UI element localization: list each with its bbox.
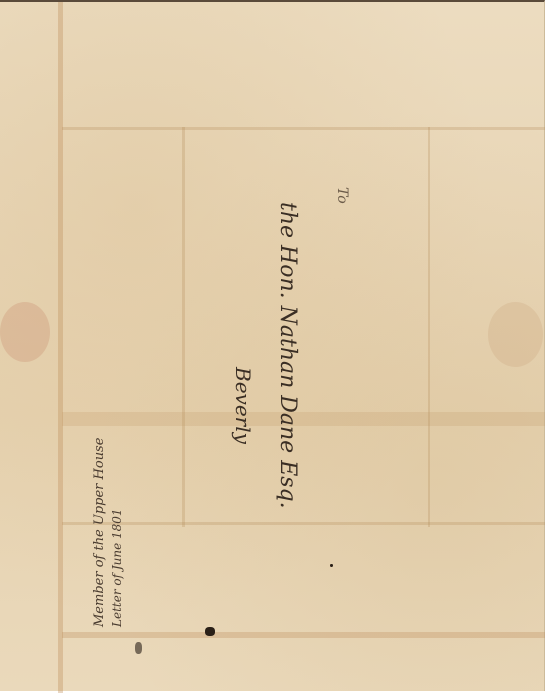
fold-line-vertical-left: [58, 2, 63, 691]
ink-blot: [205, 627, 215, 636]
wax-seal-trace-left: [0, 302, 50, 362]
letter-sheet: To the Hon. Nathan Dane Esq. Beverly Mem…: [0, 0, 545, 691]
fold-line-vertical-right: [428, 127, 430, 527]
fold-line-horizontal-lower: [62, 522, 545, 525]
fold-line-horizontal-top: [62, 127, 545, 130]
ink-blot: [135, 642, 142, 654]
wax-seal-trace-right: [488, 302, 543, 367]
address-prefix: To: [334, 187, 350, 204]
docket-note-line1: Member of the Upper House: [92, 438, 107, 627]
fold-line-vertical-inner: [182, 127, 185, 527]
fold-line-horizontal-bottom: [62, 632, 545, 638]
address-recipient: the Hon. Nathan Dane Esq.: [275, 202, 300, 509]
ink-dot: [330, 564, 333, 567]
fold-line-horizontal-middle: [62, 412, 545, 426]
docket-note-line2: Letter of June 1801: [110, 508, 124, 627]
address-place: Beverly: [231, 367, 255, 444]
